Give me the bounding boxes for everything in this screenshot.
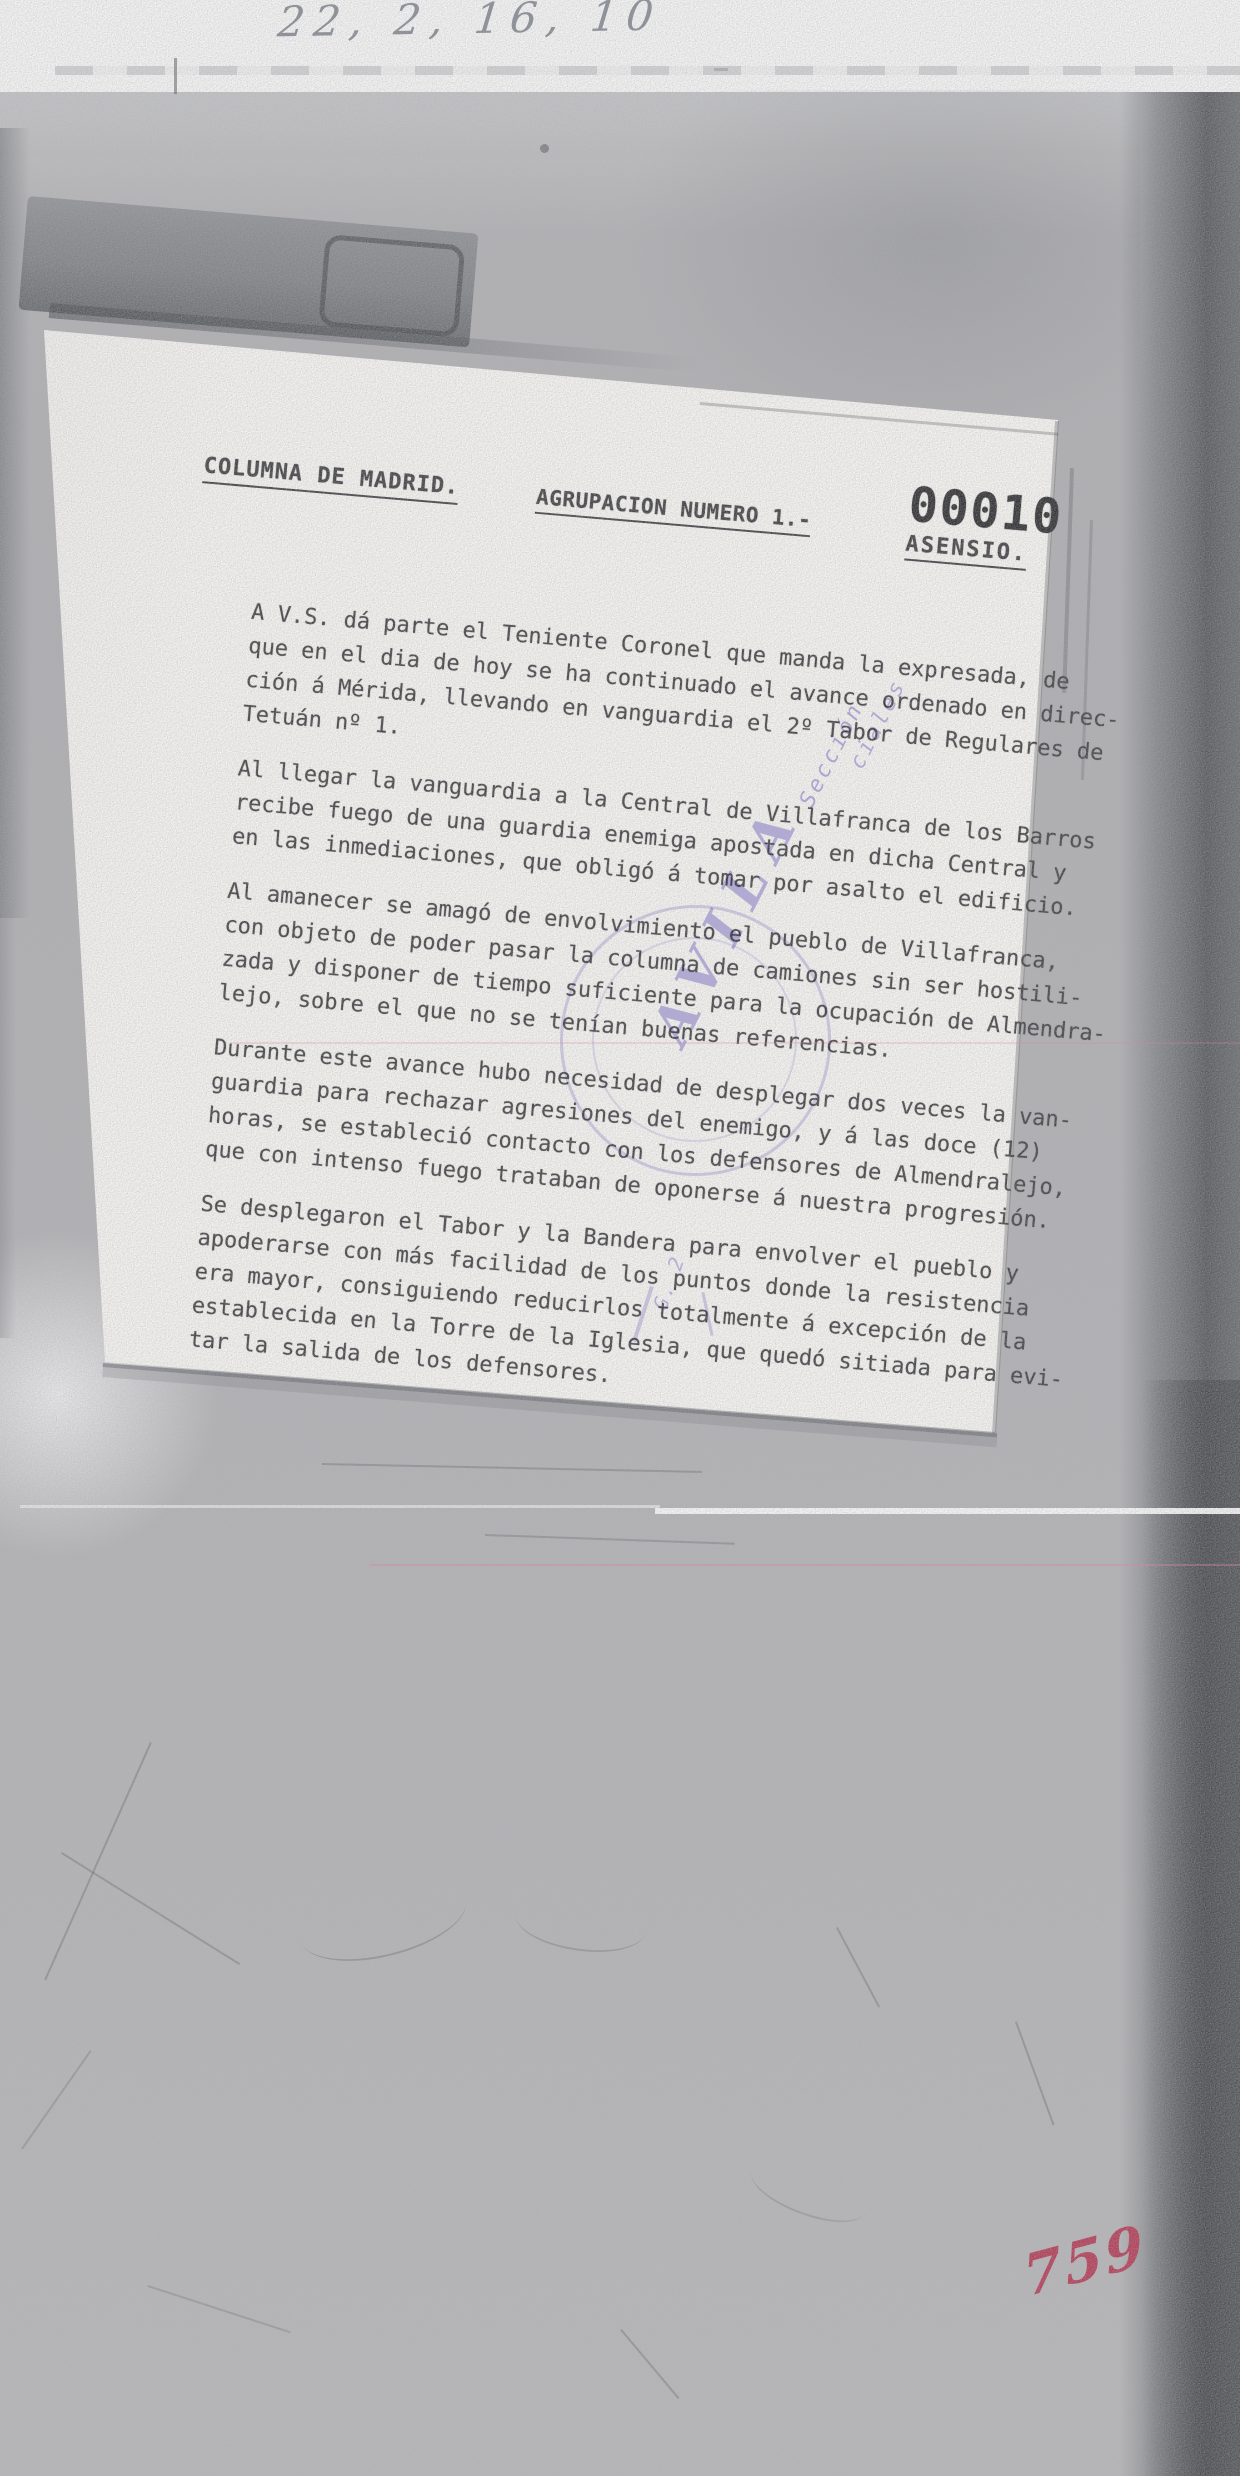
scan-streak-line (55, 66, 1240, 75)
pink-artifact-line-2 (370, 1564, 1240, 1566)
handwritten-note: 22, 2, 16, 10 (275, 0, 664, 46)
scanned-document-page: 22, 2, 16, 10 COLUMNA DE MADRID. AGRUPAC… (0, 0, 1240, 2476)
left-scan-band-lower (0, 918, 16, 1338)
scan-tick-mark-2 (714, 68, 728, 71)
pink-artifact-line-1 (230, 1042, 1240, 1044)
ink-dot (540, 144, 549, 153)
scan-tick-mark (174, 58, 177, 94)
left-scan-band (0, 128, 30, 918)
white-scratch-line-faint (20, 1505, 660, 1508)
folio-block: 00010 ASENSIO. (904, 481, 1065, 574)
clip-bar-frame (318, 234, 465, 337)
folio-number: 00010 (907, 481, 1065, 542)
right-scan-band-dark (1142, 1380, 1240, 2476)
white-scratch-line-main (655, 1508, 1240, 1514)
